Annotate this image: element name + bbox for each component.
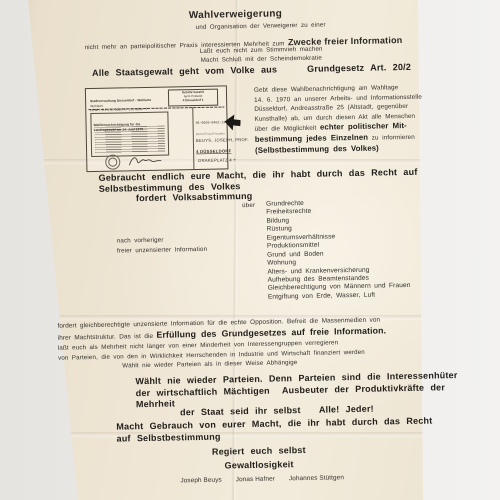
card-fine-print-box: Wahlbenachrichtigung für die Landtagswah… xyxy=(90,112,169,157)
signatories: Joseph Beuys Jonas Hafner Johannes Stütt… xyxy=(180,474,344,484)
constitution-quote: Alle Staatsgewalt geht vom Volke aus xyxy=(92,64,277,78)
postage-line2: beim Postamt xyxy=(184,95,202,98)
use-your-power: Macht Gebrauch von eurer Macht, die ihr … xyxy=(116,416,432,445)
recipient-street: DRAKEPLATZ 4 + xyxy=(198,158,236,163)
official-seal-icon xyxy=(105,154,120,169)
signature-icon xyxy=(127,154,163,170)
flyer-subtitle: und Organisation der Verweigerer zu eine… xyxy=(151,20,371,31)
postage-line3: 4 Düsseldorf 1 xyxy=(183,99,204,102)
wahlbenachrichtigung-card: Stadtverwaltung Düsseldorf - Wahlamt Wah… xyxy=(85,85,229,172)
referendum-preposition: über xyxy=(242,202,255,209)
referendum-demand: fordert Volksabstimmung xyxy=(136,191,253,203)
arrow-left-icon xyxy=(224,112,240,132)
postage-paid-box: Gebühr bezahlt beim Postamt 4 Düsseldorf… xyxy=(168,89,218,107)
closing-self-govern: Regiert euch selbst xyxy=(184,444,334,457)
photo-of-flyer: Wahlverweigerung und Organisation der Ve… xyxy=(0,0,500,500)
instruction-plain2: zu informieren xyxy=(368,134,415,142)
constitution-reference: Grundgesetz Art. 20/2 xyxy=(307,61,411,73)
card-vertical-divider xyxy=(192,107,194,169)
illegible-fine-print xyxy=(95,126,166,154)
postage-line1: Gebühr bezahlt xyxy=(182,91,204,94)
topic-item: Entgiftung von Erde, Wasser, Luft xyxy=(268,291,411,302)
closing-nonviolence: Gewaltlosigkeit xyxy=(184,458,334,471)
signatory-name: Joseph Beuys xyxy=(180,477,221,485)
referendum-topic-list: Grundrechte Freiheitsrechte Bildung Rüst… xyxy=(266,198,411,302)
signatory-name: Johannes Stüttgen xyxy=(289,474,344,482)
referendum-condition: nach vorheriger freier unzensierter Info… xyxy=(117,235,208,257)
instruction-bold2: (Selbstbestimmung des Volkes) xyxy=(255,143,379,154)
constitution-line: Alle Staatsgewalt geht vom Volke aus Gru… xyxy=(91,61,411,77)
instruction-paragraph: Gebt diese Wahlbenachrichtigung am Wahlt… xyxy=(254,82,470,156)
flyer-title: Wahlverweigerung xyxy=(160,8,310,22)
signatory-name: Jonas Hafner xyxy=(236,476,275,484)
